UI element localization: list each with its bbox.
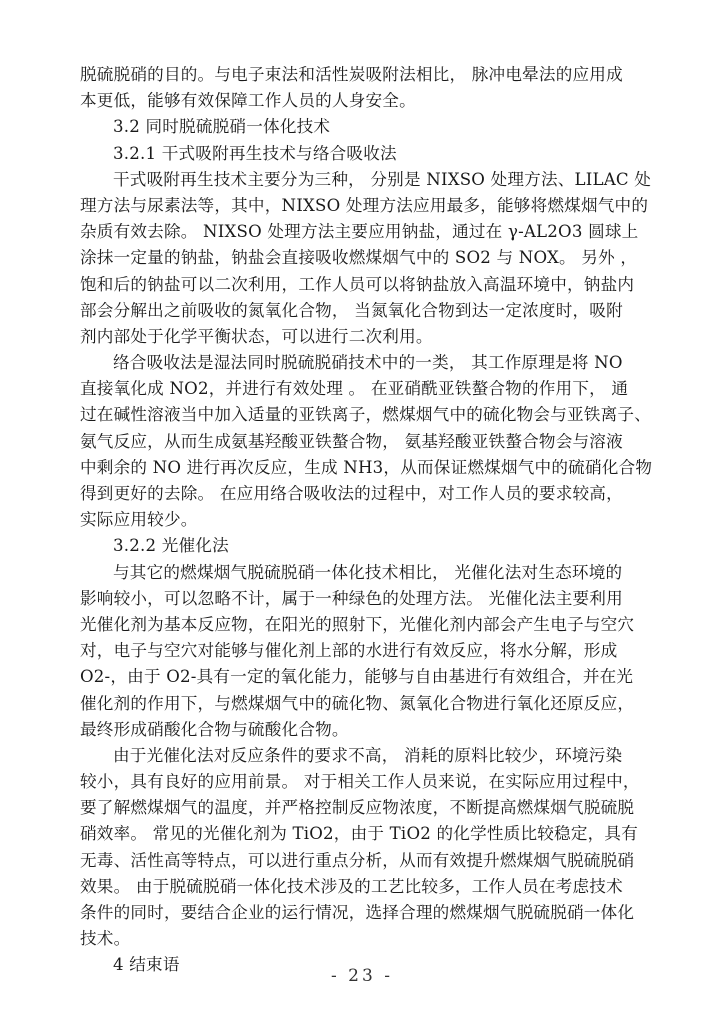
section-heading-3-2-2: 3.2.2 光催化法: [80, 533, 650, 559]
document-body: 脱硫脱硝的目的。与电子束法和活性炭吸附法相比， 脉冲电晕法的应用成 本更低，能够…: [80, 62, 650, 979]
text-line: 硝效率。 常见的光催化剂为 TiO2，由于 TiO2 的化学性质比较稳定，具有: [80, 821, 650, 847]
text-line: 最终形成硝酸化合物与硫酸化合物。: [80, 717, 650, 743]
text-line: 较小，具有良好的应用前景。 对于相关工作人员来说，在实际应用过程中，: [80, 769, 650, 795]
text-line: 饱和后的钠盐可以二次利用，工作人员可以将钠盐放入高温环境中，钠盐内: [80, 272, 650, 298]
text-line: 干式吸附再生技术主要分为三种， 分别是 NIXSO 处理方法、LILAC 处: [80, 167, 650, 193]
text-line: 催化剂的作用下，与燃煤烟气中的硫化物、氮氧化合物进行氧化还原反应，: [80, 691, 650, 717]
text-line: 要了解燃煤烟气的温度，并严格控制反应物浓度，不断提高燃煤烟气脱硫脱: [80, 795, 650, 821]
text-line: 无毒、活性高等特点，可以进行重点分析，从而有效提升燃煤烟气脱硫脱硝: [80, 848, 650, 874]
text-line: 技术。: [80, 926, 650, 952]
text-line: 剂内部处于化学平衡状态，可以进行二次利用。: [80, 324, 650, 350]
text-line: 中剩余的 NO 进行再次反应，生成 NH3，从而保证燃煤烟气中的硫硝化合物: [80, 455, 650, 481]
text-line: 直接氧化成 NO2，并进行有效处理 。 在亚硝酰亚铁螯合物的作用下， 通: [80, 376, 650, 402]
text-line: 理方法与尿素法等，其中，NIXSO 处理方法应用最多，能够将燃煤烟气中的: [80, 193, 650, 219]
text-line: 影响较小，可以忽略不计，属于一种绿色的处理方法。 光催化法主要利用: [80, 586, 650, 612]
text-line: 条件的同时，要结合企业的运行情况，选择合理的燃煤烟气脱硫脱硝一体化: [80, 900, 650, 926]
section-heading-3-2: 3.2 同时脱硫脱硝一体化技术: [80, 114, 650, 140]
section-heading-3-2-1: 3.2.1 干式吸附再生技术与络合吸收法: [80, 141, 650, 167]
text-line: 对，电子与空穴对能够与催化剂上部的水进行有效反应，将水分解，形成: [80, 638, 650, 664]
text-line: 络合吸收法是湿法同时脱硫脱硝技术中的一类， 其工作原理是将 NO: [80, 350, 650, 376]
text-line: 杂质有效去除。 NIXSO 处理方法主要应用钠盐，通过在 γ-AL2O3 圆球上: [80, 219, 650, 245]
text-line: 得到更好的去除。 在应用络合吸收法的过程中，对工作人员的要求较高，: [80, 481, 650, 507]
text-line: 部会分解出之前吸收的氮氧化合物， 当氮氧化合物到达一定浓度时，吸附: [80, 298, 650, 324]
text-line: 涂抹一定量的钠盐，钠盐会直接吸收燃煤烟气中的 SO2 与 NOX。 另外 ，: [80, 245, 650, 271]
text-line: 与其它的燃煤烟气脱硫脱硝一体化技术相比， 光催化法对生态环境的: [80, 560, 650, 586]
text-line: 由于光催化法对反应条件的要求不高， 消耗的原料比较少，环境污染: [80, 743, 650, 769]
text-line: 本更低，能够有效保障工作人员的人身安全。: [80, 88, 650, 114]
text-line: 光催化剂为基本反应物，在阳光的照射下，光催化剂内部会产生电子与空穴: [80, 612, 650, 638]
page-number: - 23 -: [0, 966, 724, 986]
text-line: 实际应用较少。: [80, 507, 650, 533]
text-line: 氨气反应，从而生成氨基羟酸亚铁螯合物， 氨基羟酸亚铁螯合物会与溶液: [80, 429, 650, 455]
text-line: 效果。 由于脱硫脱硝一体化技术涉及的工艺比较多，工作人员在考虑技术: [80, 874, 650, 900]
text-line: 脱硫脱硝的目的。与电子束法和活性炭吸附法相比， 脉冲电晕法的应用成: [80, 62, 650, 88]
text-line: 过在碱性溶液当中加入适量的亚铁离子，燃煤烟气中的硫化物会与亚铁离子、: [80, 402, 650, 428]
text-line: O2-，由于 O2-具有一定的氧化能力，能够与自由基进行有效组合，并在光: [80, 664, 650, 690]
